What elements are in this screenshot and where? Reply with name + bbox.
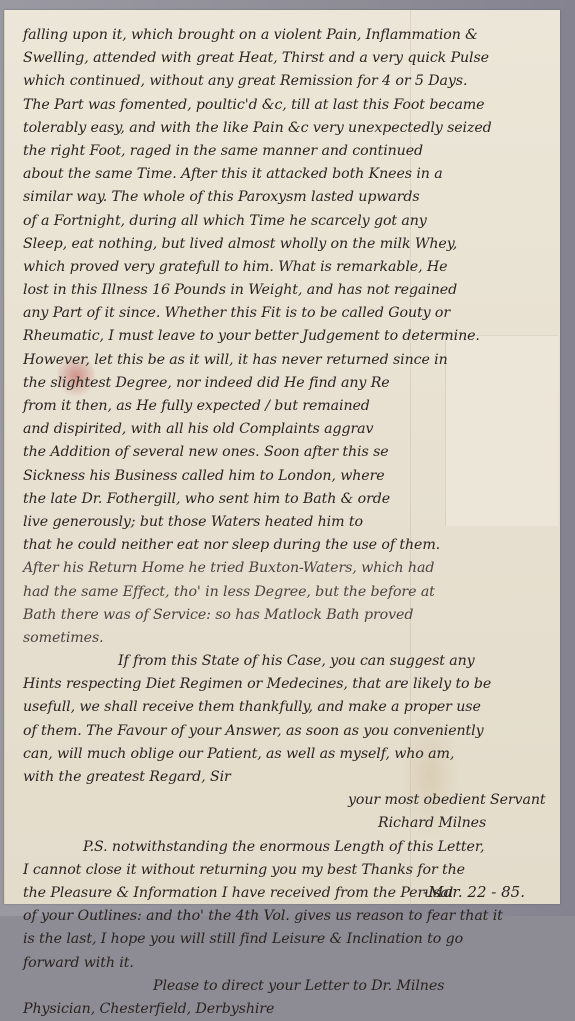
- letter-line: Bath there was of Service: so has Matloc…: [23, 604, 558, 627]
- letter-line: the late Dr. Fothergill, who sent him to…: [23, 488, 558, 511]
- letter-line: had the same Effect, tho' in less Degree…: [23, 581, 558, 604]
- letter-line: any Part of it since. Whether this Fit i…: [23, 302, 558, 325]
- letter-line: sometimes.: [23, 627, 558, 650]
- letter-line: which continued, without any great Remis…: [23, 70, 558, 93]
- letter-line: Rheumatic, I must leave to your better J…: [23, 325, 558, 348]
- letter-line: lost in this Illness 16 Pounds in Weight…: [23, 279, 558, 302]
- letter-body: falling upon it, which brought on a viol…: [23, 24, 558, 916]
- letter-line: However, let this be as it will, it has …: [23, 349, 558, 372]
- letter-line: live generously; but those Waters heated…: [23, 511, 558, 534]
- letter-line: from it then, as He fully expected / but…: [23, 395, 558, 418]
- paragraph-line: can, will much oblige our Patient, as we…: [23, 743, 558, 766]
- paragraph-line: If from this State of his Case, you can …: [23, 650, 558, 673]
- paragraph-line: Hints respecting Diet Regimen or Medecin…: [23, 673, 558, 696]
- letter-line: the Addition of several new ones. Soon a…: [23, 441, 558, 464]
- letter-line: Sleep, eat nothing, but lived almost who…: [23, 233, 558, 256]
- letter-date: -Mar. 22 - 85.: [423, 883, 525, 901]
- letter-line: of a Fortnight, during all which Time he…: [23, 210, 558, 233]
- letter-line: similar way. The whole of this Paroxysm …: [23, 186, 558, 209]
- letter-line: tolerably easy, and with the like Pain &…: [23, 117, 558, 140]
- letter-line: which proved very gratefull to him. What…: [23, 256, 558, 279]
- letter-line: The Part was fomented, poultic'd &c, til…: [23, 94, 558, 117]
- letter-line: falling upon it, which brought on a viol…: [23, 24, 558, 47]
- closing-salutation: your most obedient Servant: [23, 789, 558, 812]
- letter-line: Swelling, attended with great Heat, Thir…: [23, 47, 558, 70]
- postscript-line: I cannot close it without returning you …: [23, 859, 558, 882]
- paragraph-line: with the greatest Regard, Sir: [23, 766, 558, 789]
- letter-line: Sickness his Business called him to Lond…: [23, 465, 558, 488]
- paragraph-line: of them. The Favour of your Answer, as s…: [23, 720, 558, 743]
- signature: Richard Milnes: [23, 812, 558, 835]
- letter-page: falling upon it, which brought on a viol…: [4, 10, 560, 904]
- letter-line: about the same Time. After this it attac…: [23, 163, 558, 186]
- postscript-line: of your Outlines: and tho' the 4th Vol. …: [23, 905, 558, 916]
- letter-line: the right Foot, raged in the same manner…: [23, 140, 558, 163]
- paragraph-line: usefull, we shall receive them thankfull…: [23, 696, 558, 719]
- letter-line: the slightest Degree, nor indeed did He …: [23, 372, 558, 395]
- letter-line: After his Return Home he tried Buxton-Wa…: [23, 557, 558, 580]
- letter-line: that he could neither eat nor sleep duri…: [23, 534, 558, 557]
- postscript-line: P.S. notwithstanding the enormous Length…: [23, 836, 558, 859]
- letter-line: and dispirited, with all his old Complai…: [23, 418, 558, 441]
